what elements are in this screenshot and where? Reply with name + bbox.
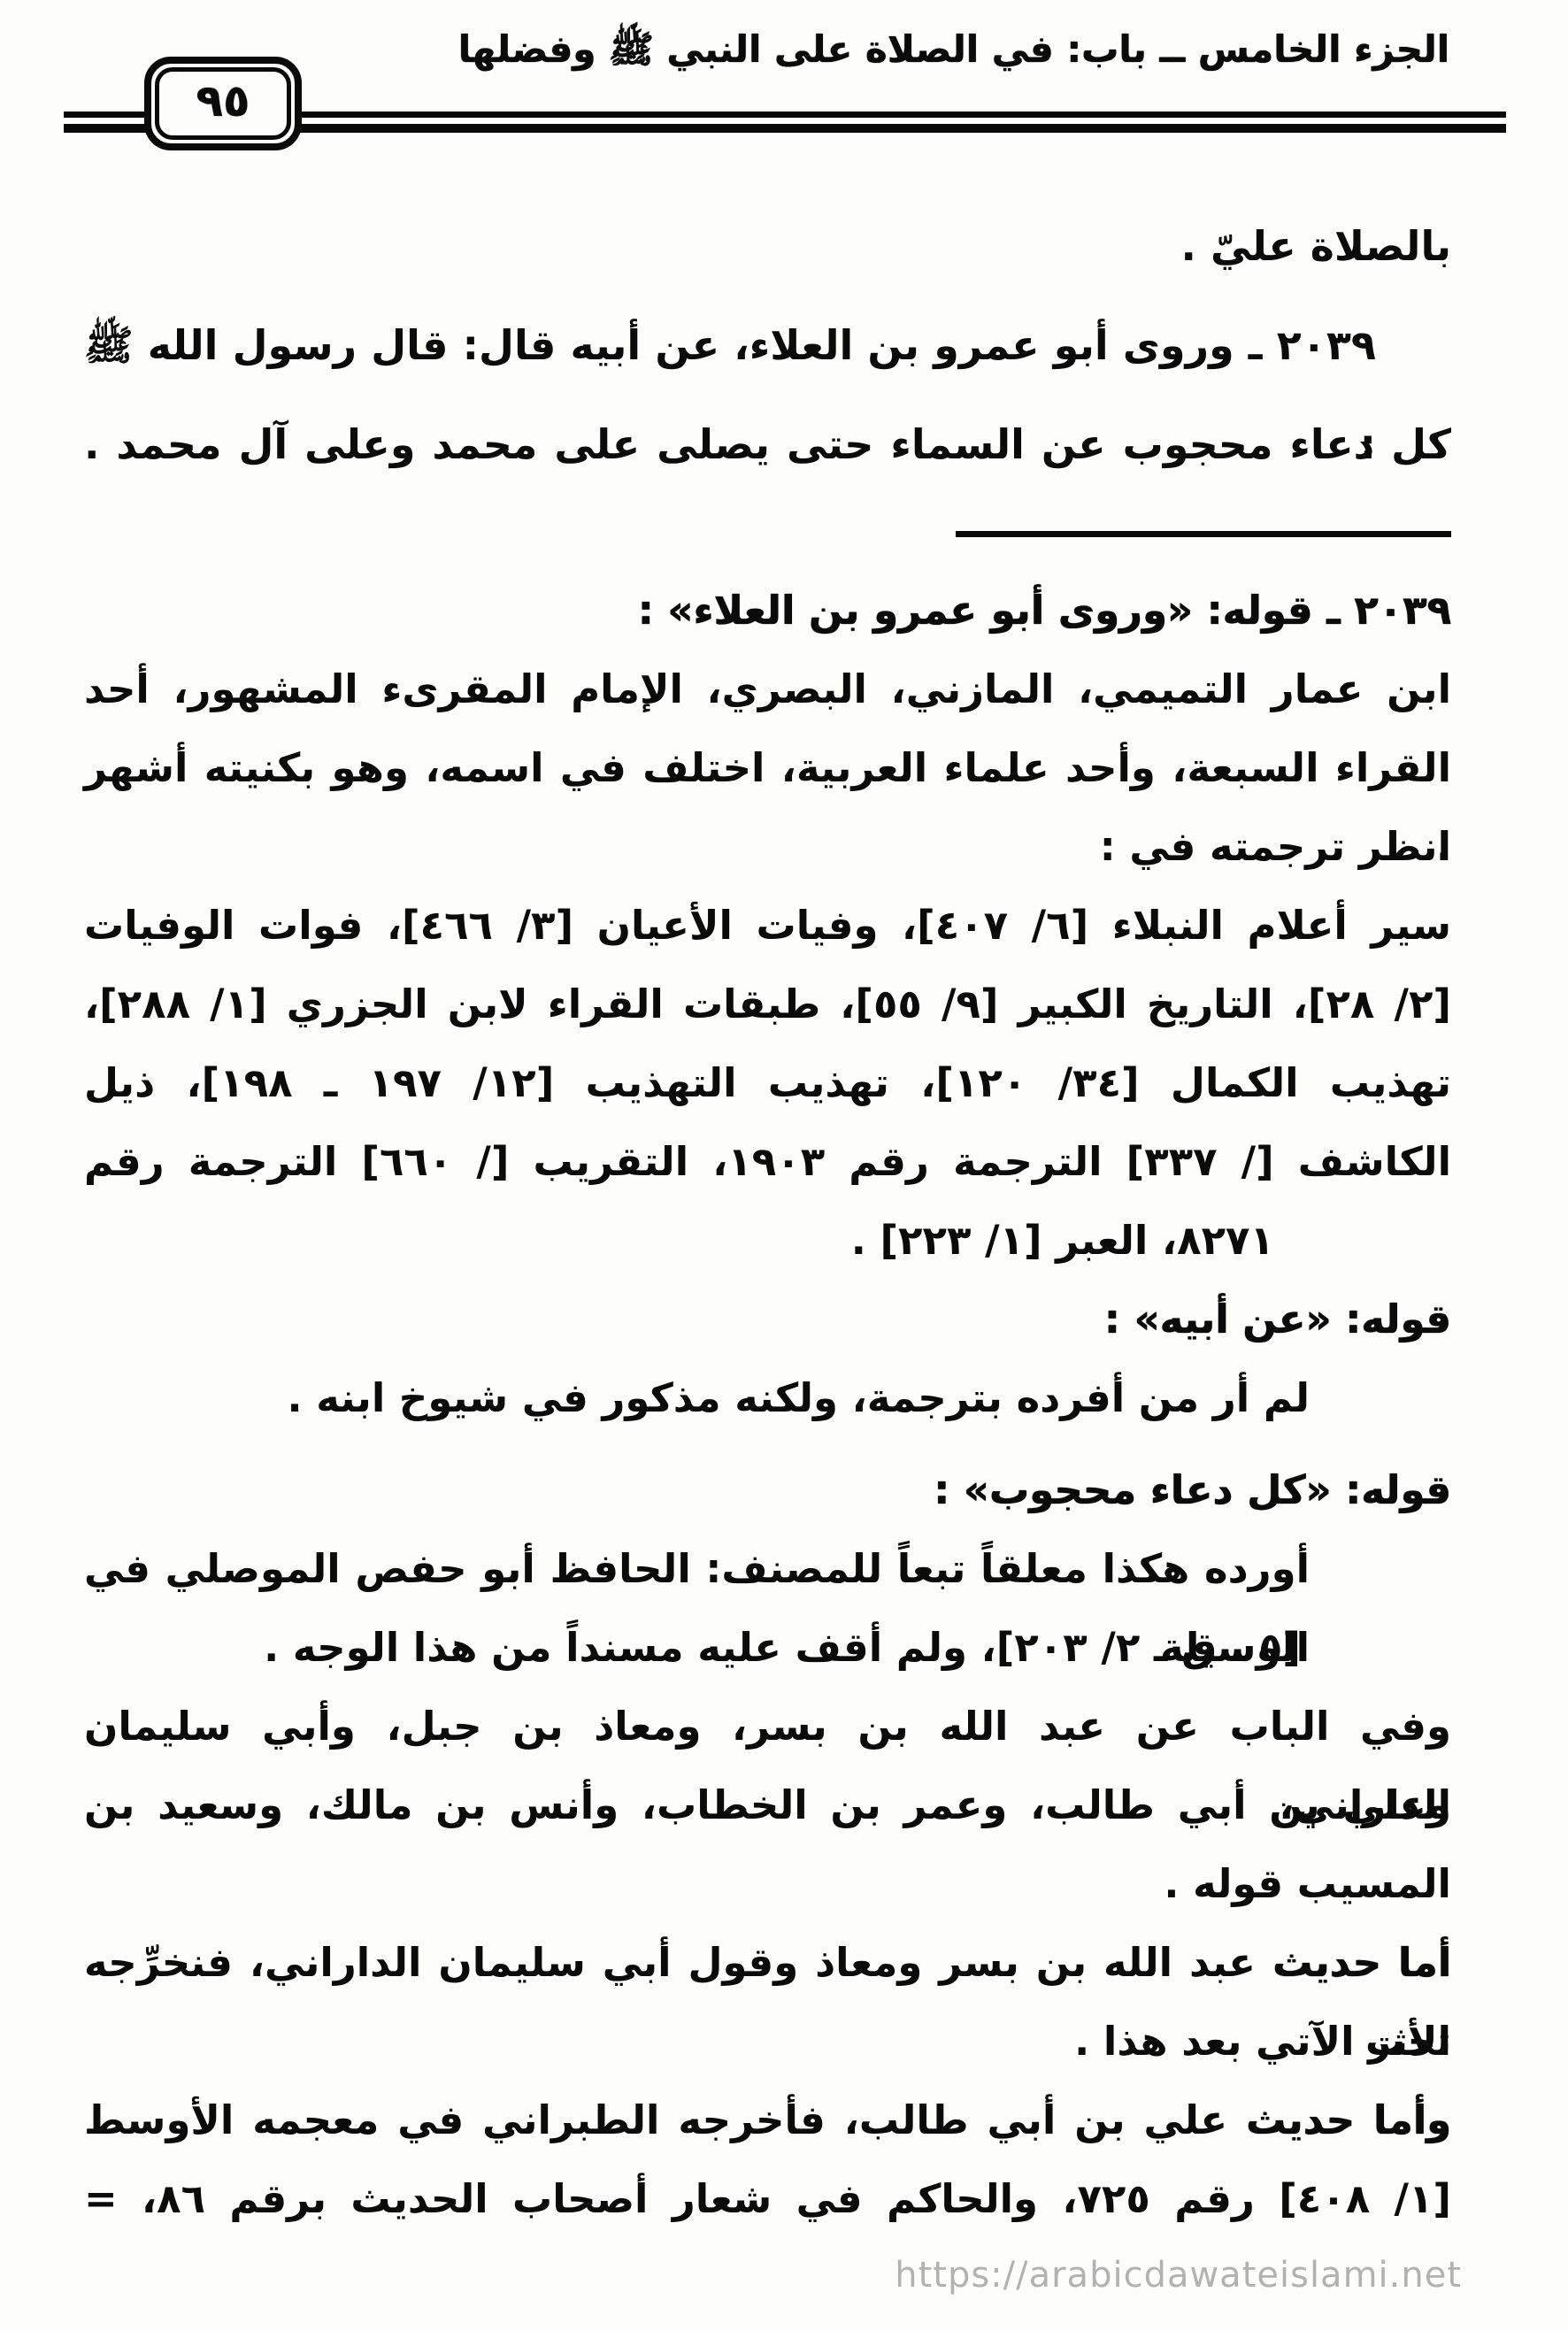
commentary-line: وفي الباب عن عبد الله بن بسر، ومعاذ بن ج… — [84, 1687, 1451, 1766]
hadith-line: ٢٠٣٩ ـ وروى أبو عمرو بن العلاء، عن أبيه … — [84, 296, 1451, 395]
commentary-line: أورده هكذا معلقاً تبعاً للمصنف: الحافظ أ… — [84, 1529, 1451, 1608]
book-page: الجزء الخامس ــ باب: في الصلاة على النبي… — [0, 0, 1568, 2331]
commentary-line: قوله: «كل دعاء محجوب» : — [84, 1450, 1451, 1529]
hadith-line: بالصلاة عليّ . — [84, 196, 1451, 296]
commentary-line: وعلي بن أبي طالب، وعمر بن الخطاب، وأنس ب… — [84, 1766, 1451, 1844]
commentary-section: ٢٠٣٩ ـ قوله: «وروى أبو عمرو بن العلاء» :… — [84, 571, 1451, 2238]
commentary-line: ٨٢٧١، العبر [١/ ٢٢٣] . — [84, 1201, 1451, 1280]
website-watermark: https://arabicdawateislami.net — [895, 2255, 1462, 2296]
commentary-line: انظر ترجمته في : — [84, 807, 1451, 886]
commentary-line: سير أعلام النبلاء [٦/ ٤٠٧]، وفيات الأعيا… — [84, 886, 1451, 965]
bold-lead-phrase: أما حديث — [1272, 1939, 1451, 1986]
commentary-line: [٥ ـ ق ـ ٢/ ٢٠٣]، ولم أقف عليه مسنداً من… — [84, 1608, 1451, 1687]
line-text: علي بن أبي طالب، فأخرجه الطبراني في معجم… — [84, 2096, 1227, 2143]
page-body: بالصلاة عليّ . ٢٠٣٩ ـ وروى أبو عمرو بن ا… — [84, 196, 1451, 2238]
commentary-line: ٢٠٣٩ ـ قوله: «وروى أبو عمرو بن العلاء» : — [84, 571, 1451, 650]
commentary-line: أما حديث عبد الله بن بسر ومعاذ وقول أبي … — [84, 1923, 1451, 2002]
commentary-line: الكاشف [/ ٣٣٧] الترجمة رقم ١٩٠٣، التقريب… — [84, 1122, 1451, 1201]
commentary-line: القراء السبعة، وأحد علماء العربية، اختلف… — [84, 728, 1451, 807]
commentary-line: [١/ ٤٠٨] رقم ٧٢٥، والحاكم في شعار أصحاب … — [84, 2159, 1451, 2238]
commentary-line: لم أر من أفرده بترجمة، ولكنه مذكور في شي… — [84, 1358, 1451, 1437]
commentary-line: المسيب قوله . — [84, 1844, 1451, 1923]
commentary-separator-rule — [956, 531, 1451, 537]
page-number: ٩٥ — [196, 75, 250, 127]
page-header-title: الجزء الخامس ــ باب: في الصلاة على النبي… — [265, 27, 1449, 81]
commentary-line: الأثر الآتي بعد هذا . — [84, 2002, 1451, 2081]
commentary-line: تهذيب الكمال [٣٤/ ١٢٠]، تهذيب التهذيب [١… — [84, 1043, 1451, 1122]
page-number-badge-inner-frame: ٩٥ — [155, 67, 291, 140]
hadith-line: كل دعاء محجوب عن السماء حتى يصلى على محم… — [84, 395, 1451, 494]
page-number-badge: ٩٥ — [144, 57, 302, 150]
commentary-line: وأما حديث علي بن أبي طالب، فأخرجه الطبرا… — [84, 2081, 1451, 2159]
commentary-line: ابن عمار التميمي، المازني، البصري، الإما… — [84, 650, 1451, 728]
commentary-line: [٢/ ٢٨]، التاريخ الكبير [٩/ ٥٥]، طبقات ا… — [84, 965, 1451, 1043]
commentary-line: قوله: «عن أبيه» : — [84, 1280, 1451, 1358]
hadith-section: بالصلاة عليّ . ٢٠٣٩ ـ وروى أبو عمرو بن ا… — [84, 196, 1451, 494]
bold-lead-phrase: وأما حديث — [1246, 2096, 1451, 2143]
